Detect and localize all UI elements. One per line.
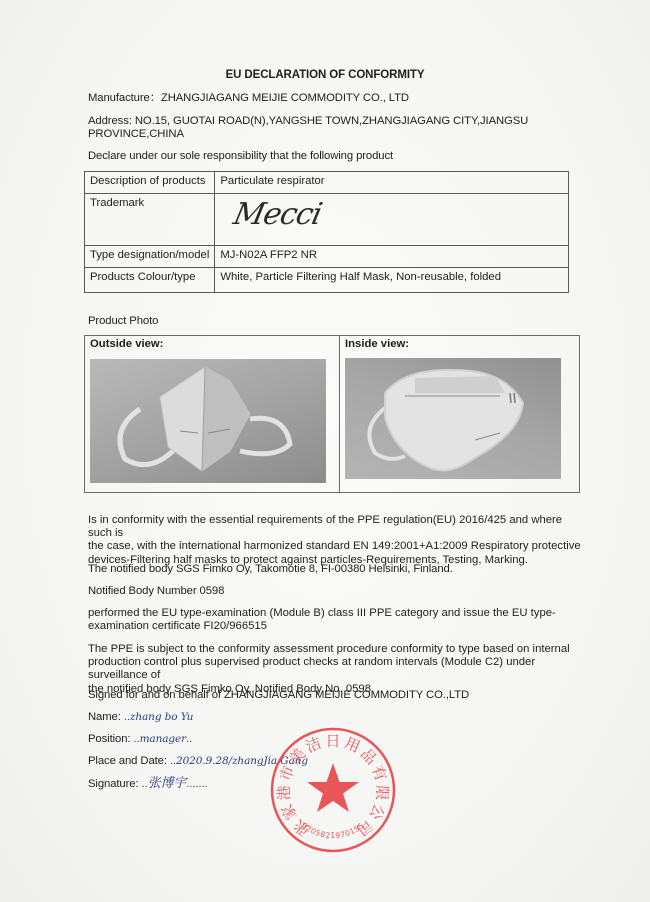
product-table: Description of products Particulate resp…	[84, 171, 569, 293]
text-line: the case, with the international harmoni…	[88, 540, 588, 553]
row-value: MJ-N02A FFP2 NR	[215, 246, 569, 268]
signed-for-line: Signed for and on behalf of ZHANGJIAGANG…	[88, 689, 469, 702]
mecci-logo: Mecci	[231, 198, 325, 232]
signature-field: Signature: ..张博宇.......	[88, 777, 208, 791]
outside-view-photo	[90, 359, 326, 483]
text-line: The PPE is subject to the conformity ass…	[88, 643, 588, 656]
address-line-2: PROVINCE,CHINA	[88, 128, 184, 141]
inside-view-photo	[345, 358, 561, 479]
svg-text:洁: 洁	[303, 734, 324, 756]
star-icon	[307, 763, 359, 812]
notified-body-line: The notified body SGS Fimko Oy, Takomoti…	[88, 563, 453, 576]
address-line-1: Address: NO.15, GUOTAI ROAD(N),YANGSHE T…	[88, 115, 528, 128]
svg-text:家: 家	[278, 801, 301, 822]
table-row: Description of products Particulate resp…	[85, 172, 569, 194]
document-title: EU DECLARATION OF CONFORMITY	[0, 69, 650, 82]
position-label: Position:	[88, 733, 130, 745]
name-field: Name: ..zhang bo Yu	[88, 711, 193, 724]
signature-label: Signature:	[88, 778, 139, 790]
text-line: examination certificate FI20/966515	[88, 620, 588, 633]
type-examination-paragraph: performed the EU type-examination (Modul…	[88, 607, 588, 633]
signature-value: 张博宇	[148, 776, 187, 791]
text-line: performed the EU type-examination (Modul…	[88, 607, 588, 620]
svg-text:日: 日	[325, 732, 340, 750]
outside-view-caption: Outside view:	[90, 338, 163, 350]
svg-text:有: 有	[368, 763, 390, 783]
table-row: Type designation/model MJ-N02A FFP2 NR	[85, 246, 569, 268]
svg-text:市: 市	[276, 763, 298, 783]
notified-body-number: Notified Body Number 0598	[88, 585, 224, 598]
position-value: manager	[140, 733, 187, 745]
svg-text:用: 用	[342, 734, 363, 756]
position-field: Position: ..manager..	[88, 733, 192, 746]
inside-view-caption: Inside view:	[345, 338, 409, 350]
svg-text:限: 限	[372, 785, 391, 801]
row-label: Products Colour/type	[85, 268, 215, 293]
inside-view-cell: Inside view:	[340, 336, 580, 492]
row-value: Particulate respirator	[215, 172, 569, 194]
row-value-trademark: Mecci	[215, 194, 569, 246]
product-photo-heading: Product Photo	[88, 315, 158, 328]
table-row: Products Colour/type White, Particle Fil…	[85, 268, 569, 293]
name-label: Name:	[88, 711, 121, 723]
company-seal: 张家港市美洁日用品有限公司 3205821970155	[268, 725, 398, 855]
svg-text:港: 港	[275, 785, 294, 801]
table-row: Trademark Mecci	[85, 194, 569, 246]
name-value: zhang bo Yu	[130, 711, 193, 723]
declare-line: Declare under our sole responsibility th…	[88, 150, 393, 163]
row-value: White, Particle Filtering Half Mask, Non…	[215, 268, 569, 293]
text-line: Is in conformity with the essential requ…	[88, 514, 588, 540]
place-date-label: Place and Date:	[88, 755, 167, 767]
outside-view-cell: Outside view:	[85, 336, 340, 492]
document-page: EU DECLARATION OF CONFORMITY Manufacture…	[0, 0, 650, 902]
dots: ..	[186, 733, 192, 745]
product-photo-box: Outside view: Inside view:	[84, 335, 580, 493]
assessment-paragraph: The PPE is subject to the conformity ass…	[88, 643, 588, 696]
dots: .......	[186, 778, 207, 790]
row-label: Type designation/model	[85, 246, 215, 268]
manufacturer-line: Manufacture：ZHANGJIAGANG MEIJIE COMMODIT…	[88, 92, 409, 105]
row-label: Trademark	[85, 194, 215, 246]
conformity-paragraph: Is in conformity with the essential requ…	[88, 514, 588, 567]
row-label: Description of products	[85, 172, 215, 194]
text-line: production control plus supervised produ…	[88, 656, 588, 682]
